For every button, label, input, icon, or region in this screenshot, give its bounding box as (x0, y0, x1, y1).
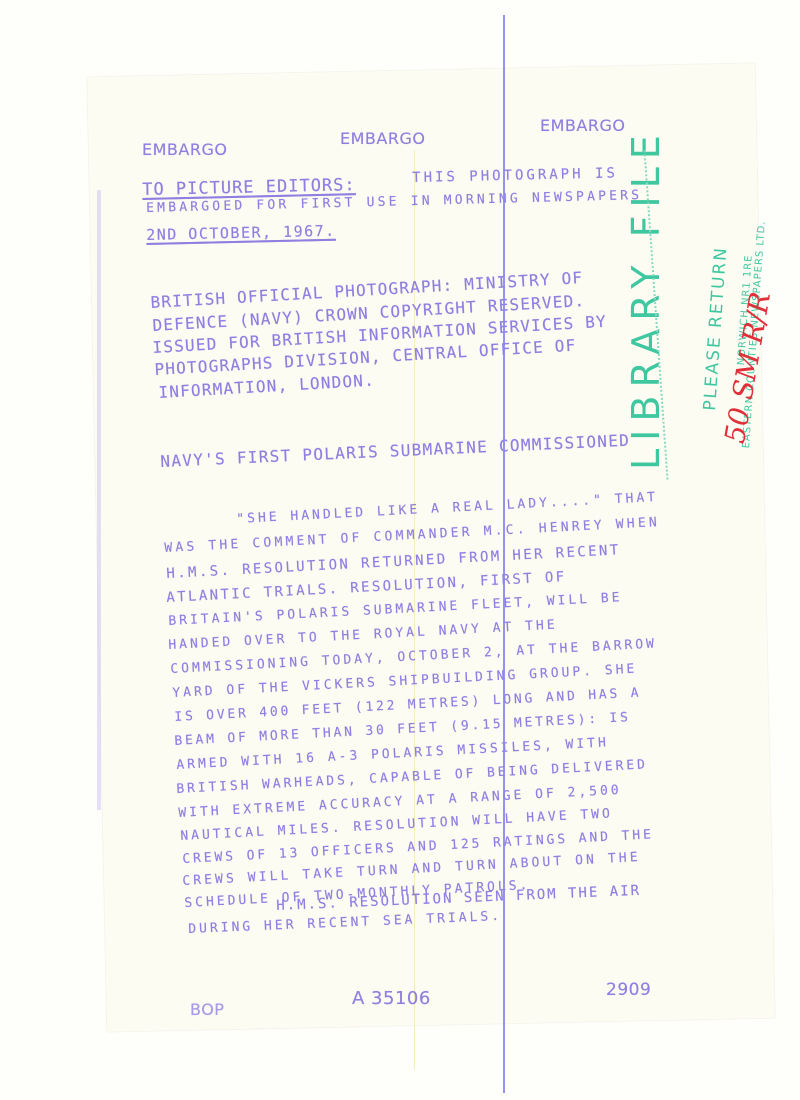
footer-number: 2909 (606, 980, 651, 1000)
embargo-stamp-2: EMBARGO (340, 129, 425, 148)
footer-code: BOP (190, 1000, 224, 1019)
embargo-stamp-1: EMBARGO (142, 140, 227, 159)
footer-reference: A 35106 (352, 988, 431, 1009)
blue-vertical-line (503, 15, 505, 1093)
embargo-stamp-3: EMBARGO (540, 116, 625, 135)
paper-edge-smudge (97, 190, 101, 810)
